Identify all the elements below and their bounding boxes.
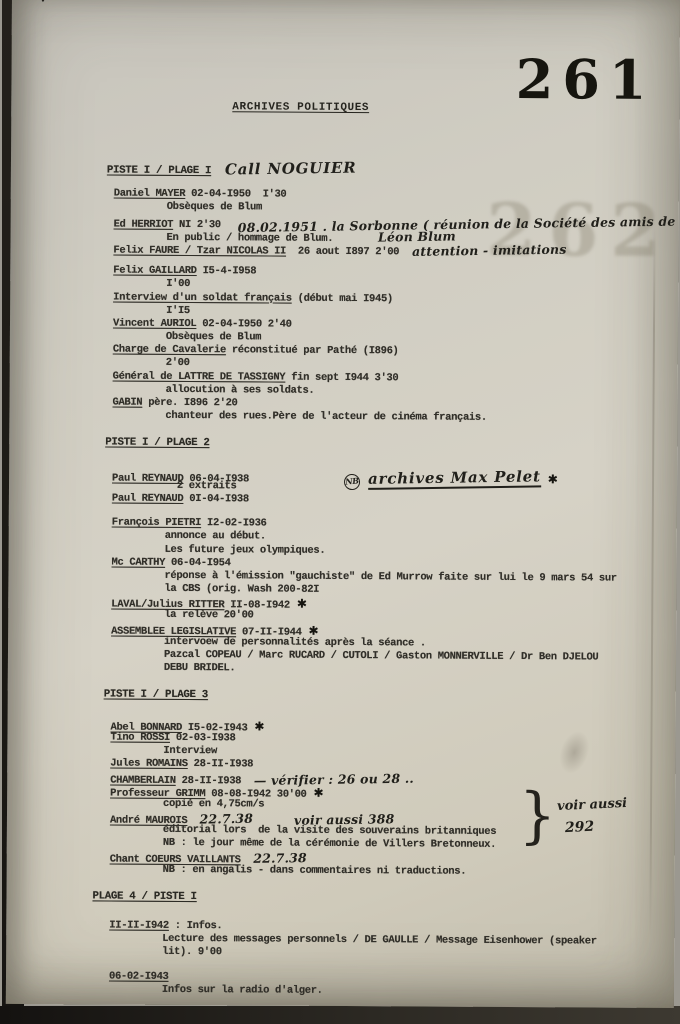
typed-text: I5-4-I958 <box>197 265 257 277</box>
typed-text: fin sept I944 3'30 <box>285 371 398 384</box>
section-heading-text: PISTE I / PLAGE I <box>107 165 211 178</box>
typed-text: lit). 9'00 <box>162 946 222 958</box>
page-bottom-seam <box>0 1006 680 1024</box>
typed-text: la CBS (orig. Wash 200-82I <box>164 583 319 596</box>
section-heading-text: PISTE I / PLAGE 2 <box>105 437 209 450</box>
document-line: lit). 9'00 <box>6 945 674 962</box>
typed-name: Vincent AURIOL <box>113 317 196 330</box>
typed-text: la relève 20'00 <box>164 609 253 622</box>
typed-name: Daniel MAYER <box>114 188 185 200</box>
stamp-asterisk-icon: ✱ <box>297 597 307 611</box>
handwritten-note: 22.7.38 <box>249 851 307 867</box>
typed-text: NB : le jour même de la cérémonie de Vil… <box>163 837 496 851</box>
typed-text: Obsèques de Blum <box>166 331 261 344</box>
stamp-asterisk-icon: ✱ <box>309 623 319 637</box>
typed-name: Paul REYNAUD <box>112 492 183 504</box>
typed-text: DEBU BRIDEL. <box>164 662 235 674</box>
typed-name: François PIETRI <box>112 517 201 530</box>
typed-text: : Infos. <box>169 920 223 932</box>
typed-text: copié en 4,75cm/s <box>163 798 264 811</box>
handwritten-note: Call NOGUIER <box>219 159 357 179</box>
typed-text: 26 aout I897 2'00 <box>286 246 399 259</box>
typed-text: I2-02-I936 <box>201 517 267 529</box>
typed-text: allocution à ses soldats. <box>166 384 315 397</box>
typed-text: Lecture des messages personnels / DE GAU… <box>162 933 597 948</box>
document-line: NB : en angalis - dans commentaires ni t… <box>7 863 675 880</box>
typed-name: Interview d'un soldat français <box>113 291 292 304</box>
document-section: PLAGE 4 / PISTE III-II-I942 : Infos.Lect… <box>6 890 675 1000</box>
typed-text: chanteur des rues.Père de l'acteur de ci… <box>165 410 486 424</box>
typed-text: annonce au début. <box>165 530 266 543</box>
typed-text: Obsèques de Blum <box>167 201 262 214</box>
typed-text: 2'00 <box>166 357 190 369</box>
section-heading-text: PLAGE 4 / PISTE I <box>92 890 196 903</box>
typed-text: 06-04-I954 <box>165 557 231 569</box>
corner-mark <box>38 0 48 2</box>
section-heading: PLAGE 4 / PISTE I <box>6 890 674 907</box>
stamp-asterisk-icon: ✱ <box>313 785 323 799</box>
document-section: PISTE I / PLAGE I Call NOGUIERDaniel MAY… <box>9 158 679 426</box>
stamp-asterisk-icon: ✱ <box>548 472 558 486</box>
document-section: PISTE I / PLAGE 3Abel BONNARD I5-02-I943… <box>7 688 676 880</box>
section-heading: PISTE I / PLAGE 3 <box>8 688 676 705</box>
document-line: chanteur des rues.Père de l'acteur de ci… <box>9 409 677 426</box>
typed-text: Pazcal COPEAU / Marc RUCARD / CUTOLI / G… <box>164 649 599 664</box>
typed-text: 0I-04-I938 <box>183 493 249 505</box>
scanned-document-photo: 261 262 ARCHIVES POLITIQUES PISTE I / PL… <box>0 0 680 1024</box>
typed-name: Ed HERRIOT <box>114 218 174 230</box>
document-page: 261 262 ARCHIVES POLITIQUES PISTE I / PL… <box>6 0 680 1008</box>
typed-text: 02-03-I938 <box>170 732 236 744</box>
typed-name: II-II-I942 <box>109 920 169 932</box>
typed-text: Interview <box>163 745 217 757</box>
typed-name: GABIN <box>112 397 142 409</box>
typed-text: Les future jeux olympiques. <box>165 543 326 556</box>
brace-icon: } <box>519 779 556 851</box>
section-heading: PISTE I / PLAGE 2 <box>9 436 677 453</box>
typed-text: 02-04-I950 I'30 <box>185 188 286 201</box>
typed-text: (début mai I945) <box>292 292 393 305</box>
document-line: Infos sur la radio d'alger. <box>6 983 674 1000</box>
typed-text: I'I5 <box>166 305 190 317</box>
typed-text: 2 extraits <box>165 480 236 492</box>
typed-name: 06-02-I943 <box>109 970 169 982</box>
typed-text: 28-II-I938 <box>188 758 254 770</box>
typed-name: Charge de Cavalerie <box>113 344 226 357</box>
typed-text: réconstitué par Pathé (I896) <box>226 344 399 357</box>
typed-name: Jules ROMAINS <box>110 758 187 770</box>
typed-name: Felix FAURE / Tzar NICOLAS II <box>113 244 286 257</box>
typed-text: père. I896 2'20 <box>142 397 237 410</box>
handwritten-note: — vérifier : 26 ou 28 .. <box>249 771 414 788</box>
typed-name: Felix GAILLARD <box>113 265 196 278</box>
stamp-asterisk-icon: ✱ <box>254 719 264 733</box>
handwritten-note: Léon Blum <box>341 228 456 245</box>
section-heading: PISTE I / PLAGE I Call NOGUIER <box>11 158 679 175</box>
typed-name: Général de LATTRE DE TASSIGNY <box>113 370 286 383</box>
page-title: ARCHIVES POLITIQUES <box>232 101 369 114</box>
typed-name: Mc CARTHY <box>112 556 166 568</box>
document-sections: PISTE I / PLAGE I Call NOGUIERDaniel MAY… <box>6 144 679 1000</box>
typed-text: intervoew de personnalités après la séan… <box>164 636 426 650</box>
document-line: Paul REYNAUD 0I-04-I938 <box>9 492 677 509</box>
document-line: DEBU BRIDEL. <box>8 661 676 678</box>
typed-text: 02-04-I950 2'40 <box>196 318 291 331</box>
typed-name: Tino ROSSI <box>110 731 170 743</box>
document-section: PISTE I / PLAGE 2Paul REYNAUD 06-04-I938… <box>8 436 677 678</box>
typed-text: I'00 <box>166 278 190 290</box>
handwritten-note: 22.7.38 <box>195 811 253 827</box>
handwritten-note: 292 <box>565 819 595 836</box>
handwritten-note: voir aussi 388 <box>293 811 394 827</box>
page-number-stamp: 261 <box>516 47 656 112</box>
section-heading-text: PISTE I / PLAGE 3 <box>104 689 208 702</box>
handwritten-note: archives Max Pelet <box>368 467 541 490</box>
typed-text: Infos sur la radio d'alger. <box>162 984 323 997</box>
typed-text: NB : en angalis - dans commentaires ni t… <box>163 863 467 877</box>
handwritten-note: attention - imitations <box>407 242 566 259</box>
